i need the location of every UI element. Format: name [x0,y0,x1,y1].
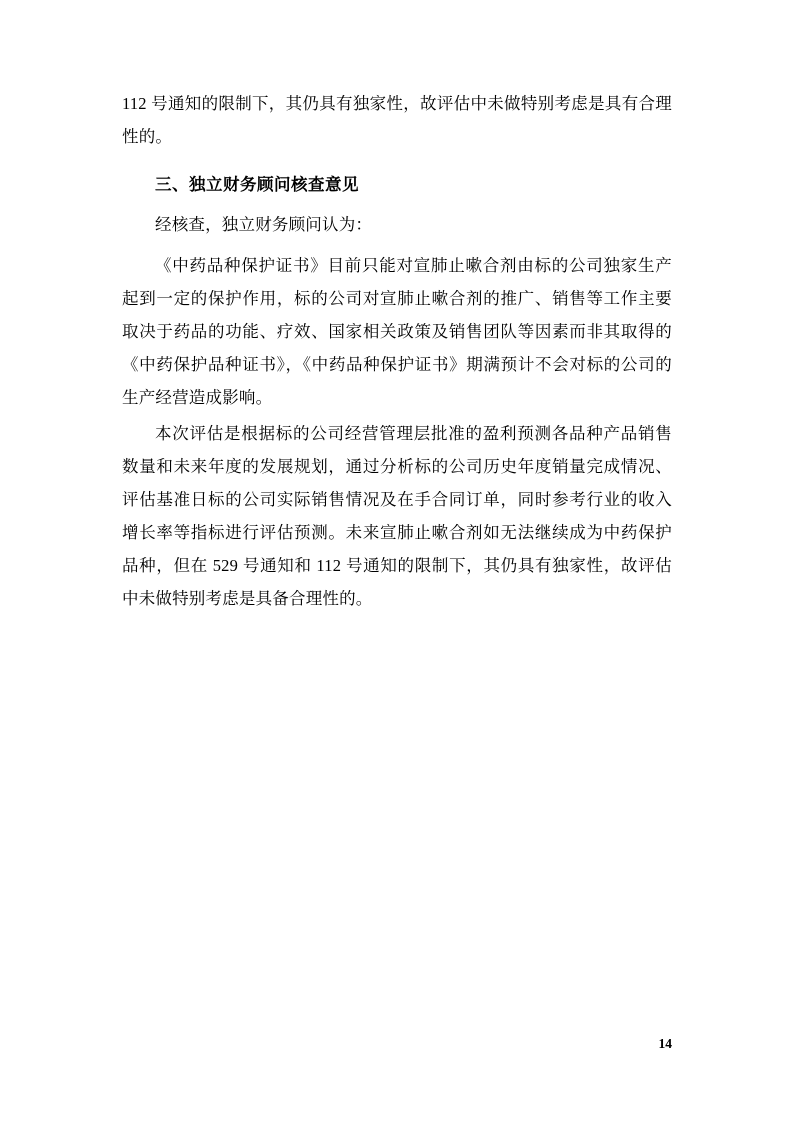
paragraph-protection-certificate: 《中药品种保护证书》目前只能对宣肺止嗽合剂由标的公司独家生产起到一定的保护作用，… [122,249,672,414]
document-page: 112 号通知的限制下，其仍具有独家性，故评估中未做特别考虑是具有合理性的。 三… [0,0,793,1122]
page-number: 14 [122,1036,672,1052]
continuation-paragraph: 112 号通知的限制下，其仍具有独家性，故评估中未做特别考虑是具有合理性的。 [122,87,672,153]
paragraph-valuation-basis: 本次评估是根据标的公司经营管理层批准的盈利预测各品种产品销售数量和未来年度的发展… [122,417,672,615]
paragraph-intro: 经核查，独立财务顾问认为： [122,208,672,241]
section-heading: 三、独立财务顾问核查意见 [122,168,672,201]
document-body: 112 号通知的限制下，其仍具有独家性，故评估中未做特别考虑是具有合理性的。 三… [122,87,672,615]
